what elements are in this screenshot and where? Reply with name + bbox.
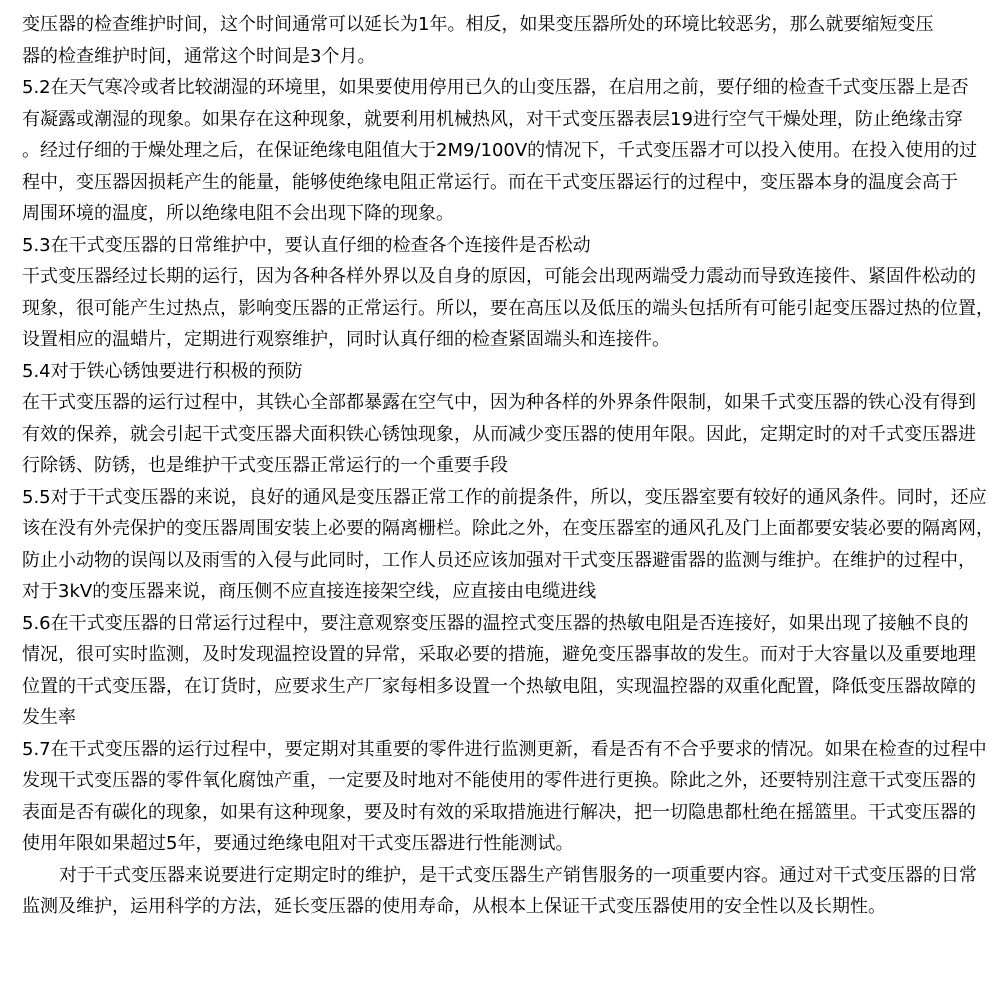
text-line: 周围环境的温度，所以绝缘电阻不会出现下降的现象。 — [22, 198, 988, 230]
text-line: 表面是否有碳化的现象，如果有这种现象，要及时有效的采取措施进行解决，把一切隐患都… — [22, 797, 988, 829]
text-line: 5.3在干式变压器的日常维护中，要认直仔细的检查各个连接件是否松动 — [22, 230, 988, 262]
text-line: 位置的干式变压器，在订货时，应要求生产厂家每相多设置一个热敏电阻，实现温控器的双… — [22, 671, 988, 703]
text-line-indented: 对于干式变压器来说要进行定期定时的维护，是干式变压器生产销售服务的一项重要内容。… — [22, 860, 988, 892]
text-line: 现象，很可能产生过热点，影响变压器的正常运行。所以，要在高压以及低压的端头包括所… — [22, 293, 988, 325]
text-line: 发生率 — [22, 702, 988, 734]
text-line: 5.4对于铁心锈蚀要进行积极的预防 — [22, 356, 988, 388]
text-line: 变压器的检查维护时间，这个时间通常可以延长为1年。相反，如果变压器所处的环境比较… — [22, 9, 988, 41]
text-line: 5.6在干式变压器的日常运行过程中，要注意观察变压器的温控式变压器的热敏电阻是否… — [22, 608, 988, 640]
text-line: 程中，变压器因损耗产生的能量，能够使绝缘电阻正常运行。而在干式变压器运行的过程中… — [22, 167, 988, 199]
text-line: 5.7在干式变压器的运行过程中，要定期对其重要的零件进行监测更新，看是否有不合乎… — [22, 734, 988, 766]
text-line: 有效的保养，就会引起干式变压器犬面积铁心锈蚀现象，从而减少变压器的使用年限。因此… — [22, 419, 988, 451]
text-line: 情况，很可实时监测，及时发现温控设置的异常，采取必要的措施，避免变压器事故的发生… — [22, 639, 988, 671]
document-page: 变压器的检查维护时间，这个时间通常可以延长为1年。相反，如果变压器所处的环境比较… — [0, 0, 1000, 1000]
text-line: 发现干式变压器的零件氧化腐蚀产重，一定要及时地对不能使用的零件进行更换。除此之外… — [22, 765, 988, 797]
text-line: 监测及维护，运用科学的方法，延长变压器的使用寿命，从根本上保证干式变压器使用的安… — [22, 891, 988, 923]
text-line: 在干式变压器的运行过程中，其铁心全部都暴露在空气中，因为种各样的外界条件限制，如… — [22, 387, 988, 419]
text-line: 干式变压器经过长期的运行，因为各种各样外界以及自身的原因，可能会出现两端受力震动… — [22, 261, 988, 293]
text-line: 设置相应的温蜡片，定期进行观察维护，同时认真仔细的检查紧固端头和连接件。 — [22, 324, 988, 356]
text-line: 器的检查维护时间，通常这个时间是3个月。 — [22, 41, 988, 73]
text-line: 有凝露或潮湿的现象。如果存在这种现象，就要利用机械热风，对干式变压器表层19进行… — [22, 104, 988, 136]
text-line: 5.5对于干式变压器的来说，良好的通风是变压器正常工作的前提条件，所以，变压器室… — [22, 482, 988, 514]
text-line: 对于3kV的变压器来说，商压侧不应直接连接架空线，应直接由电缆进线 — [22, 576, 988, 608]
text-line: 。经过仔细的于燥处理之后，在保证绝缘电阻值大于2M9/100V的情况下，千式变压… — [22, 135, 988, 167]
text-line: 5.2在天气寒冷或者比较湖湿的环境里，如果要使用停用已久的山变压器，在启用之前，… — [22, 72, 988, 104]
text-line: 使用年限如果超过5年，要通过绝缘电阻对干式变压器进行性能测试。 — [22, 828, 988, 860]
text-line: 行除锈、防锈，也是维护干式变压器正常运行的一个重要手段 — [22, 450, 988, 482]
text-line: 该在没有外壳保护的变压器周围安装上必要的隔离栅栏。除此之外，在变压器室的通风孔及… — [22, 513, 988, 545]
text-line: 防止小动物的误闯以及雨雪的入侵与此同时，工作人员还应该加强对干式变压器避雷器的监… — [22, 545, 988, 577]
